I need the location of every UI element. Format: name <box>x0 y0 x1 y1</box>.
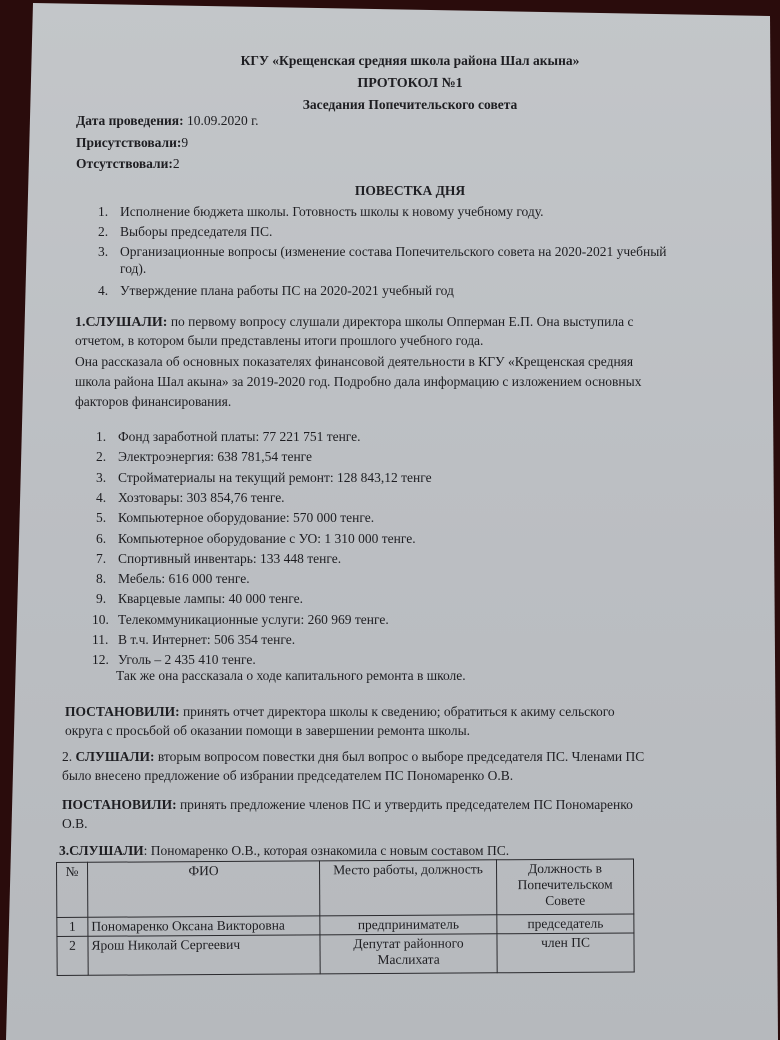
agenda-item: 2.Выборы председателя ПС. <box>98 224 272 240</box>
agenda-item: 1.Исполнение бюджета школы. Готовность ш… <box>98 204 544 220</box>
members-table: № ФИО Место работы, должность Должность … <box>56 858 635 976</box>
present-value: 9 <box>181 135 188 150</box>
section1-line: отчетом, в котором были представлены ито… <box>75 333 483 349</box>
finance-item: 3.Стройматериалы на текущий ремонт: 128 … <box>96 470 432 486</box>
header-num: № <box>57 862 88 917</box>
finance-item: 6.Компьютерное оборудование с УО: 1 310 … <box>96 531 416 547</box>
section3-label: 3.СЛУШАЛИ <box>59 843 144 858</box>
agenda-item: 4.Утверждение плана работы ПС на 2020-20… <box>98 283 454 299</box>
agenda-title: ПОВЕСТКА ДНЯ <box>0 183 780 199</box>
agenda-item: 3.Организационные вопросы (изменение сос… <box>98 244 667 260</box>
header-role: Должность в Попечительском Совете <box>496 859 633 915</box>
absent-label: Отсутствовали: <box>76 156 173 171</box>
finance-item: 4.Хозтовары: 303 854,76 тенге. <box>96 490 285 506</box>
section1-line: Она рассказала об основных показателях ф… <box>75 354 633 370</box>
decision2: ПОСТАНОВИЛИ: принять предложение членов … <box>62 797 633 813</box>
section1-label: 1.СЛУШАЛИ: <box>75 315 167 330</box>
absent-value: 2 <box>173 156 180 171</box>
section1-line: школа района Шал акына» за 2019-2020 год… <box>75 374 641 390</box>
meeting-date: Дата проведения: 10.09.2020 г. <box>76 113 258 129</box>
present-label: Присутствовали: <box>76 135 181 150</box>
protocol-document: КГУ «Крещенская средняя школа района Шал… <box>0 0 780 1040</box>
decision1-label: ПОСТАНОВИЛИ: <box>65 704 180 719</box>
finance-item: 10.Телекоммуникационные услуги: 260 969 … <box>92 612 389 628</box>
org-title: КГУ «Крещенская средняя школа района Шал… <box>0 53 780 69</box>
table-header-row: № ФИО Место работы, должность Должность … <box>57 859 634 918</box>
decision2-line: О.В. <box>62 816 88 832</box>
finance-item: 11.В т.ч. Интернет: 506 354 тенге. <box>92 632 295 648</box>
meeting-title: Заседания Попечительского совета <box>0 97 780 113</box>
present-count: Присутствовали:9 <box>76 135 188 151</box>
finance-item: 9.Кварцевые лампы: 40 000 тенге. <box>96 591 303 607</box>
section2-heading: 2. СЛУШАЛИ: вторым вопросом повестки дня… <box>62 749 644 765</box>
date-label: Дата проведения: <box>76 113 184 128</box>
section1-closing: Так же она рассказала о ходе капитальног… <box>116 668 466 684</box>
section1-line: факторов финансирования. <box>75 394 231 410</box>
finance-item: 7.Спортивный инвентарь: 133 448 тенге. <box>96 551 341 567</box>
header-place: Место работы, должность <box>319 860 496 916</box>
decision2-label: ПОСТАНОВИЛИ: <box>62 797 177 812</box>
decision1: ПОСТАНОВИЛИ: принять отчет директора шко… <box>65 704 615 720</box>
date-value: 10.09.2020 г. <box>184 113 259 128</box>
absent-count: Отсутствовали:2 <box>76 156 180 172</box>
finance-item: 1.Фонд заработной платы: 77 221 751 тенг… <box>96 429 361 445</box>
decision1-line: округа с просьбой об оказании помощи в з… <box>65 723 470 739</box>
protocol-title: ПРОТОКОЛ №1 <box>0 76 780 92</box>
finance-item: 5.Компьютерное оборудование: 570 000 тен… <box>96 510 374 526</box>
agenda-item-continuation: год). <box>120 261 146 277</box>
section2-line: было внесено предложение об избрании пре… <box>62 768 513 784</box>
finance-item: 12.Уголь – 2 435 410 тенге. <box>92 652 256 668</box>
table-row: 2 Ярош Николай Сергеевич Депутат районно… <box>57 933 634 976</box>
section2-label: СЛУШАЛИ: <box>76 749 155 764</box>
finance-item: 8.Мебель: 616 000 тенге. <box>96 571 250 587</box>
section3-heading: 3.СЛУШАЛИ: Пономаренко О.В., которая озн… <box>59 843 509 859</box>
finance-item: 2.Электроэнергия: 638 781,54 тенге <box>96 449 312 465</box>
header-fio: ФИО <box>88 861 320 917</box>
section1-heading: 1.СЛУШАЛИ: по первому вопросу слушали ди… <box>75 314 633 331</box>
